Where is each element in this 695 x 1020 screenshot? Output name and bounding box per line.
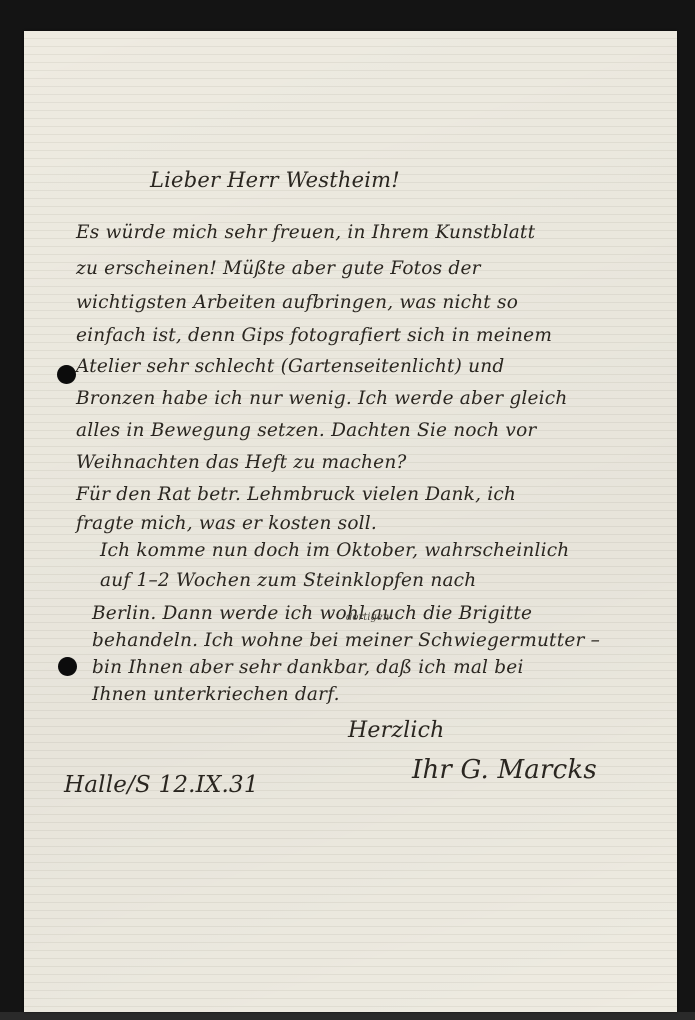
body-line: behandeln. Ich wohne bei meiner Schwiege…	[92, 630, 600, 651]
body-line: Atelier sehr schlecht (Gartenseitenlicht…	[76, 356, 504, 377]
body-line: Es würde mich sehr freuen, in Ihrem Kuns…	[76, 222, 535, 243]
body-line: alles in Bewegung setzen. Dachten Sie no…	[76, 420, 536, 441]
interlinear-insertion: dortigen	[346, 612, 389, 623]
salutation: Lieber Herr Westheim!	[150, 168, 400, 192]
body-line: Für den Rat betr. Lehmbruck vielen Dank,…	[76, 484, 516, 505]
closing: Herzlich	[348, 718, 444, 743]
place-date: Halle/S 12.IX.31	[64, 772, 259, 798]
body-line: zu erscheinen! Müßte aber gute Fotos der	[76, 258, 481, 279]
scan-backdrop	[0, 1012, 695, 1020]
body-line: auf 1–2 Wochen zum Steinklopfen nach	[100, 570, 476, 591]
body-line: Weihnachten das Heft zu machen?	[76, 452, 407, 473]
body-line: Berlin. Dann werde ich wohl auch die Bri…	[92, 603, 532, 624]
body-line: wichtigsten Arbeiten aufbringen, was nic…	[76, 292, 518, 313]
body-line: Bronzen habe ich nur wenig. Ich werde ab…	[76, 388, 567, 409]
body-line: einfach ist, denn Gips fotografiert sich…	[76, 325, 552, 346]
body-line: Ihnen unterkriechen darf.	[92, 684, 340, 705]
signature: Ihr G. Marcks	[412, 755, 597, 785]
body-line: Ich komme nun doch im Oktober, wahrschei…	[100, 540, 569, 561]
body-line: bin Ihnen aber sehr dankbar, daß ich mal…	[92, 657, 524, 678]
punch-hole	[58, 657, 77, 676]
body-line: fragte mich, was er kosten soll.	[76, 513, 377, 534]
punch-hole	[57, 365, 76, 384]
